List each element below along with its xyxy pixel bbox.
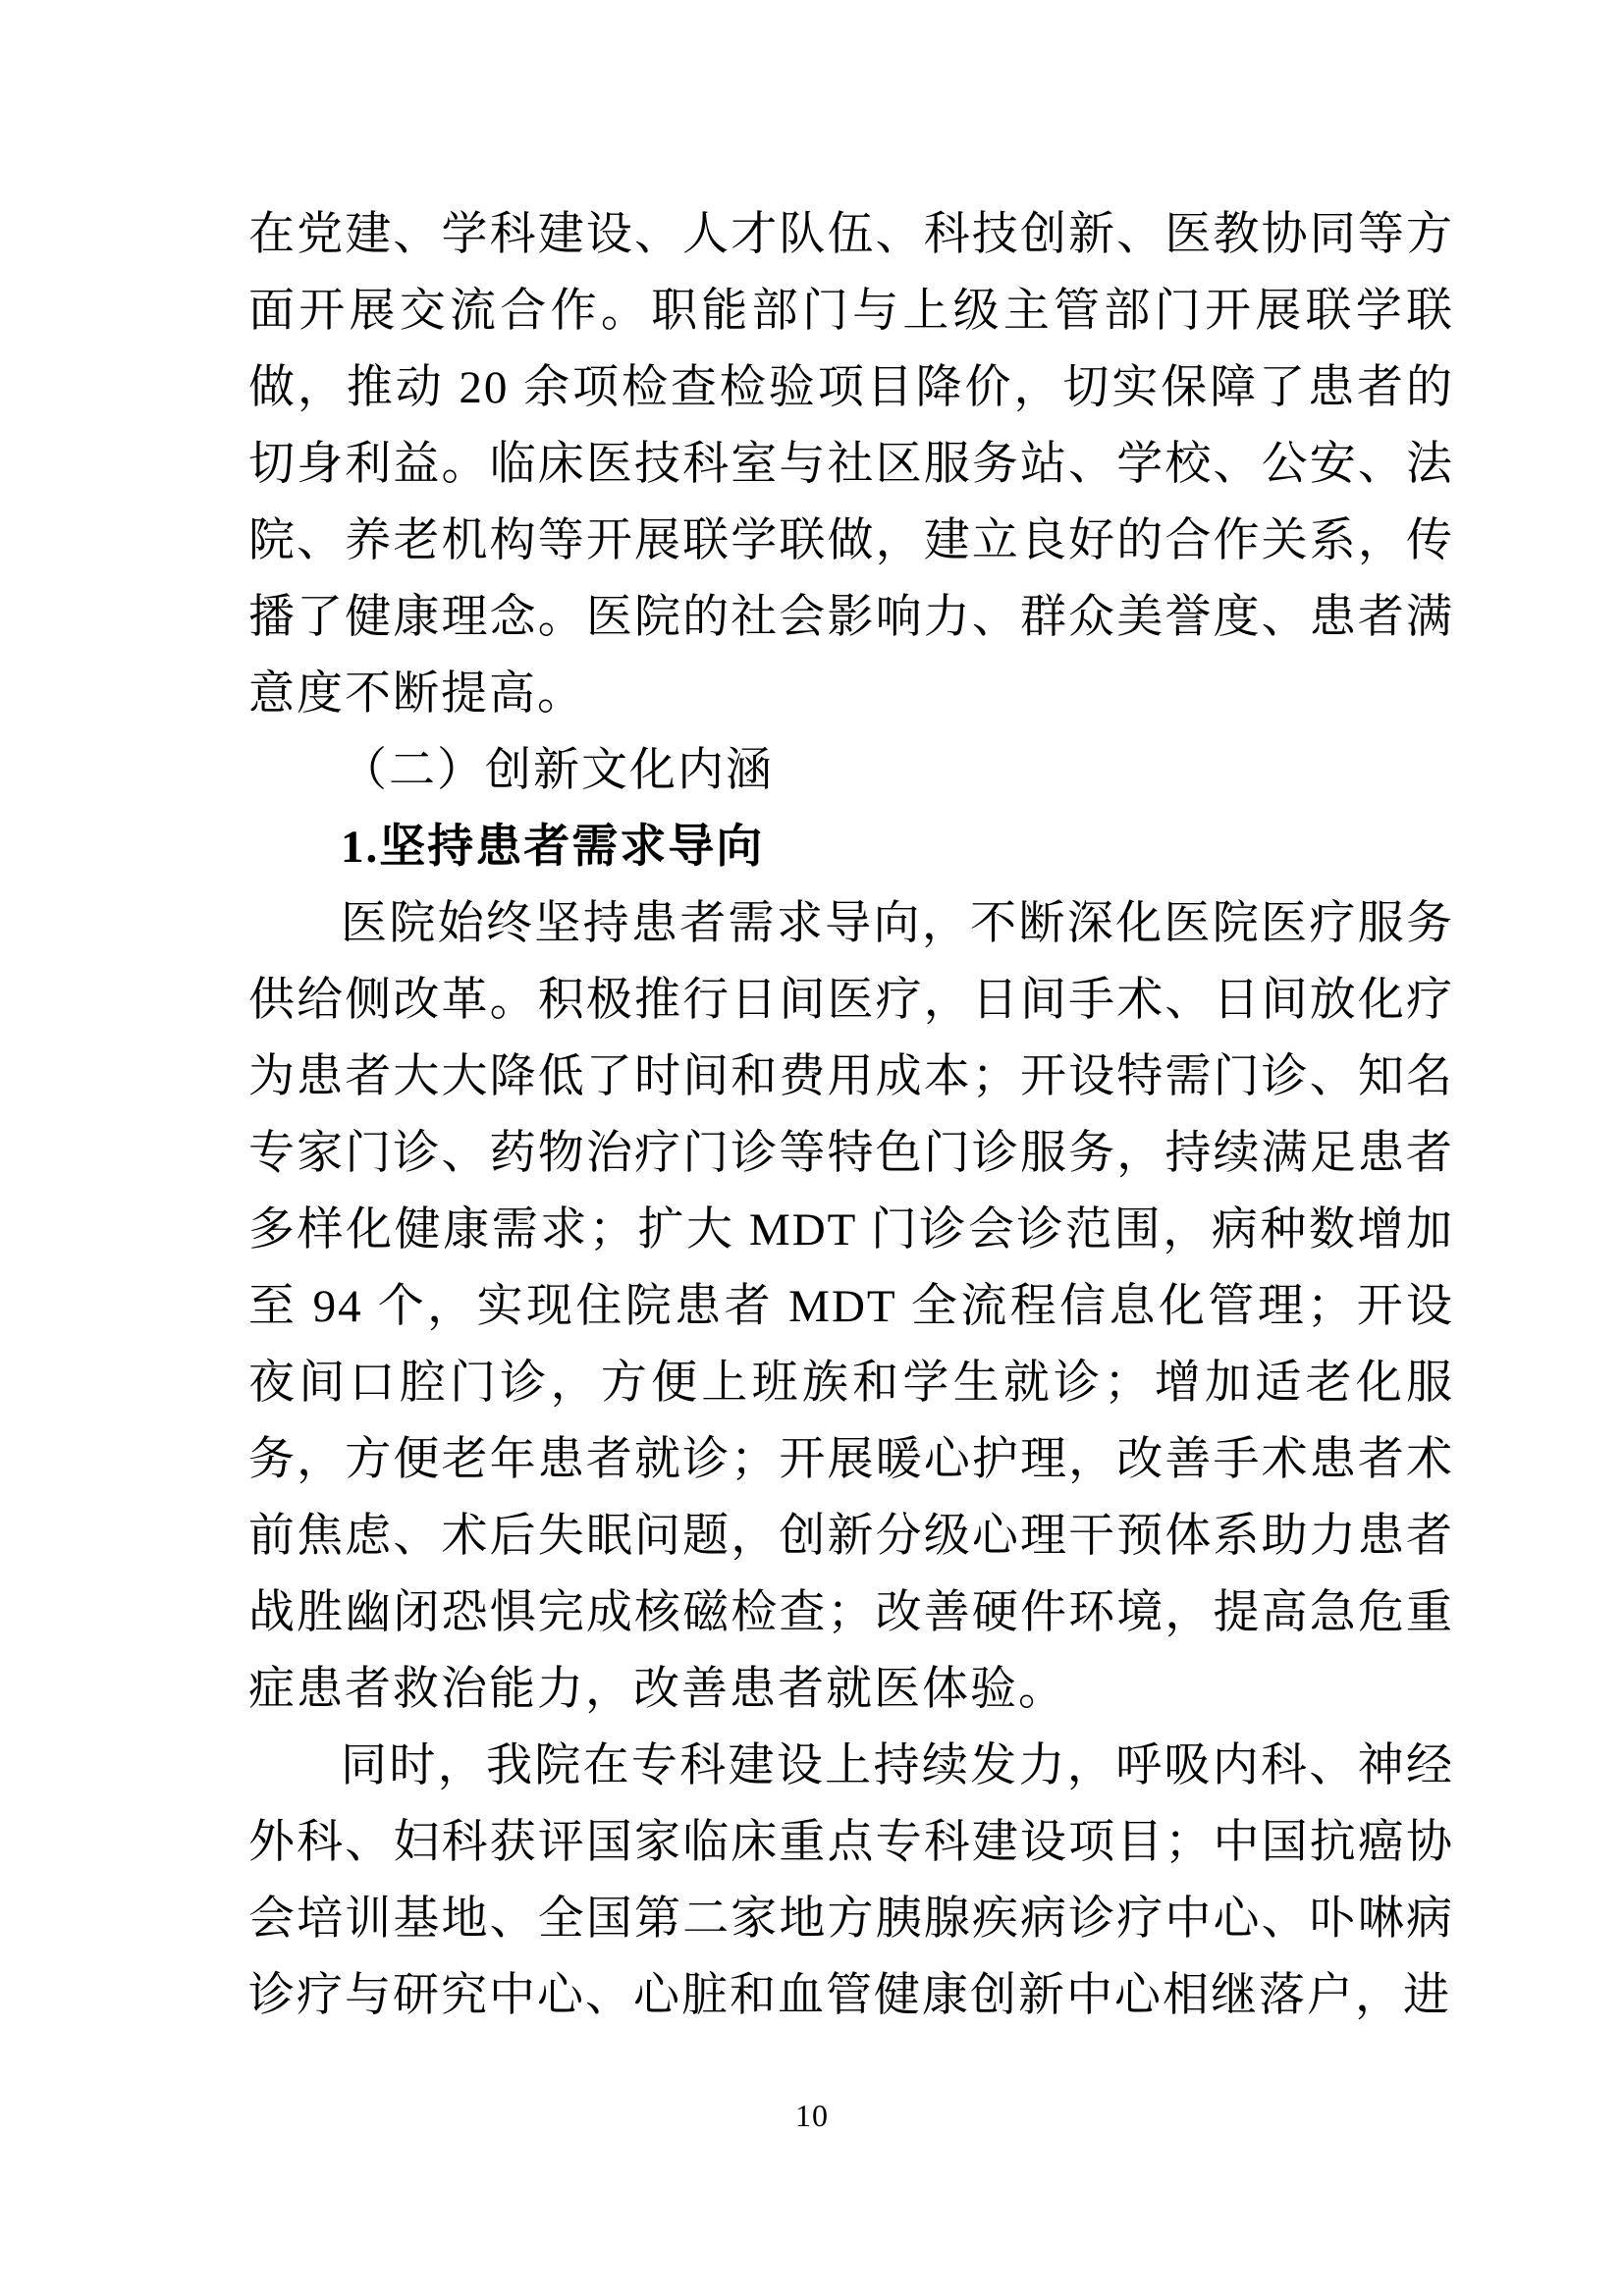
page-footer: 10 [0,2097,1624,2134]
section-heading: （二）创新文化内涵 [248,732,1454,809]
body-paragraph-continuation: 在党建、学科建设、人才队伍、科技创新、医教协同等方面开展交流合作。职能部门与上级… [248,196,1454,732]
page-number: 10 [795,2098,829,2133]
numbered-heading: 1.坚持患者需求导向 [248,809,1454,885]
document-page: 在党建、学科建设、人才队伍、科技创新、医教协同等方面开展交流合作。职能部门与上级… [0,0,1624,2296]
page-content: 在党建、学科建设、人才队伍、科技创新、医教协同等方面开展交流合作。职能部门与上级… [248,196,1454,2034]
body-paragraph: 同时，我院在专科建设上持续发力，呼吸内科、神经外科、妇科获评国家临床重点专科建设… [248,1728,1454,2034]
body-paragraph: 医院始终坚持患者需求导向，不断深化医院医疗服务供给侧改革。积极推行日间医疗，日间… [248,885,1454,1728]
